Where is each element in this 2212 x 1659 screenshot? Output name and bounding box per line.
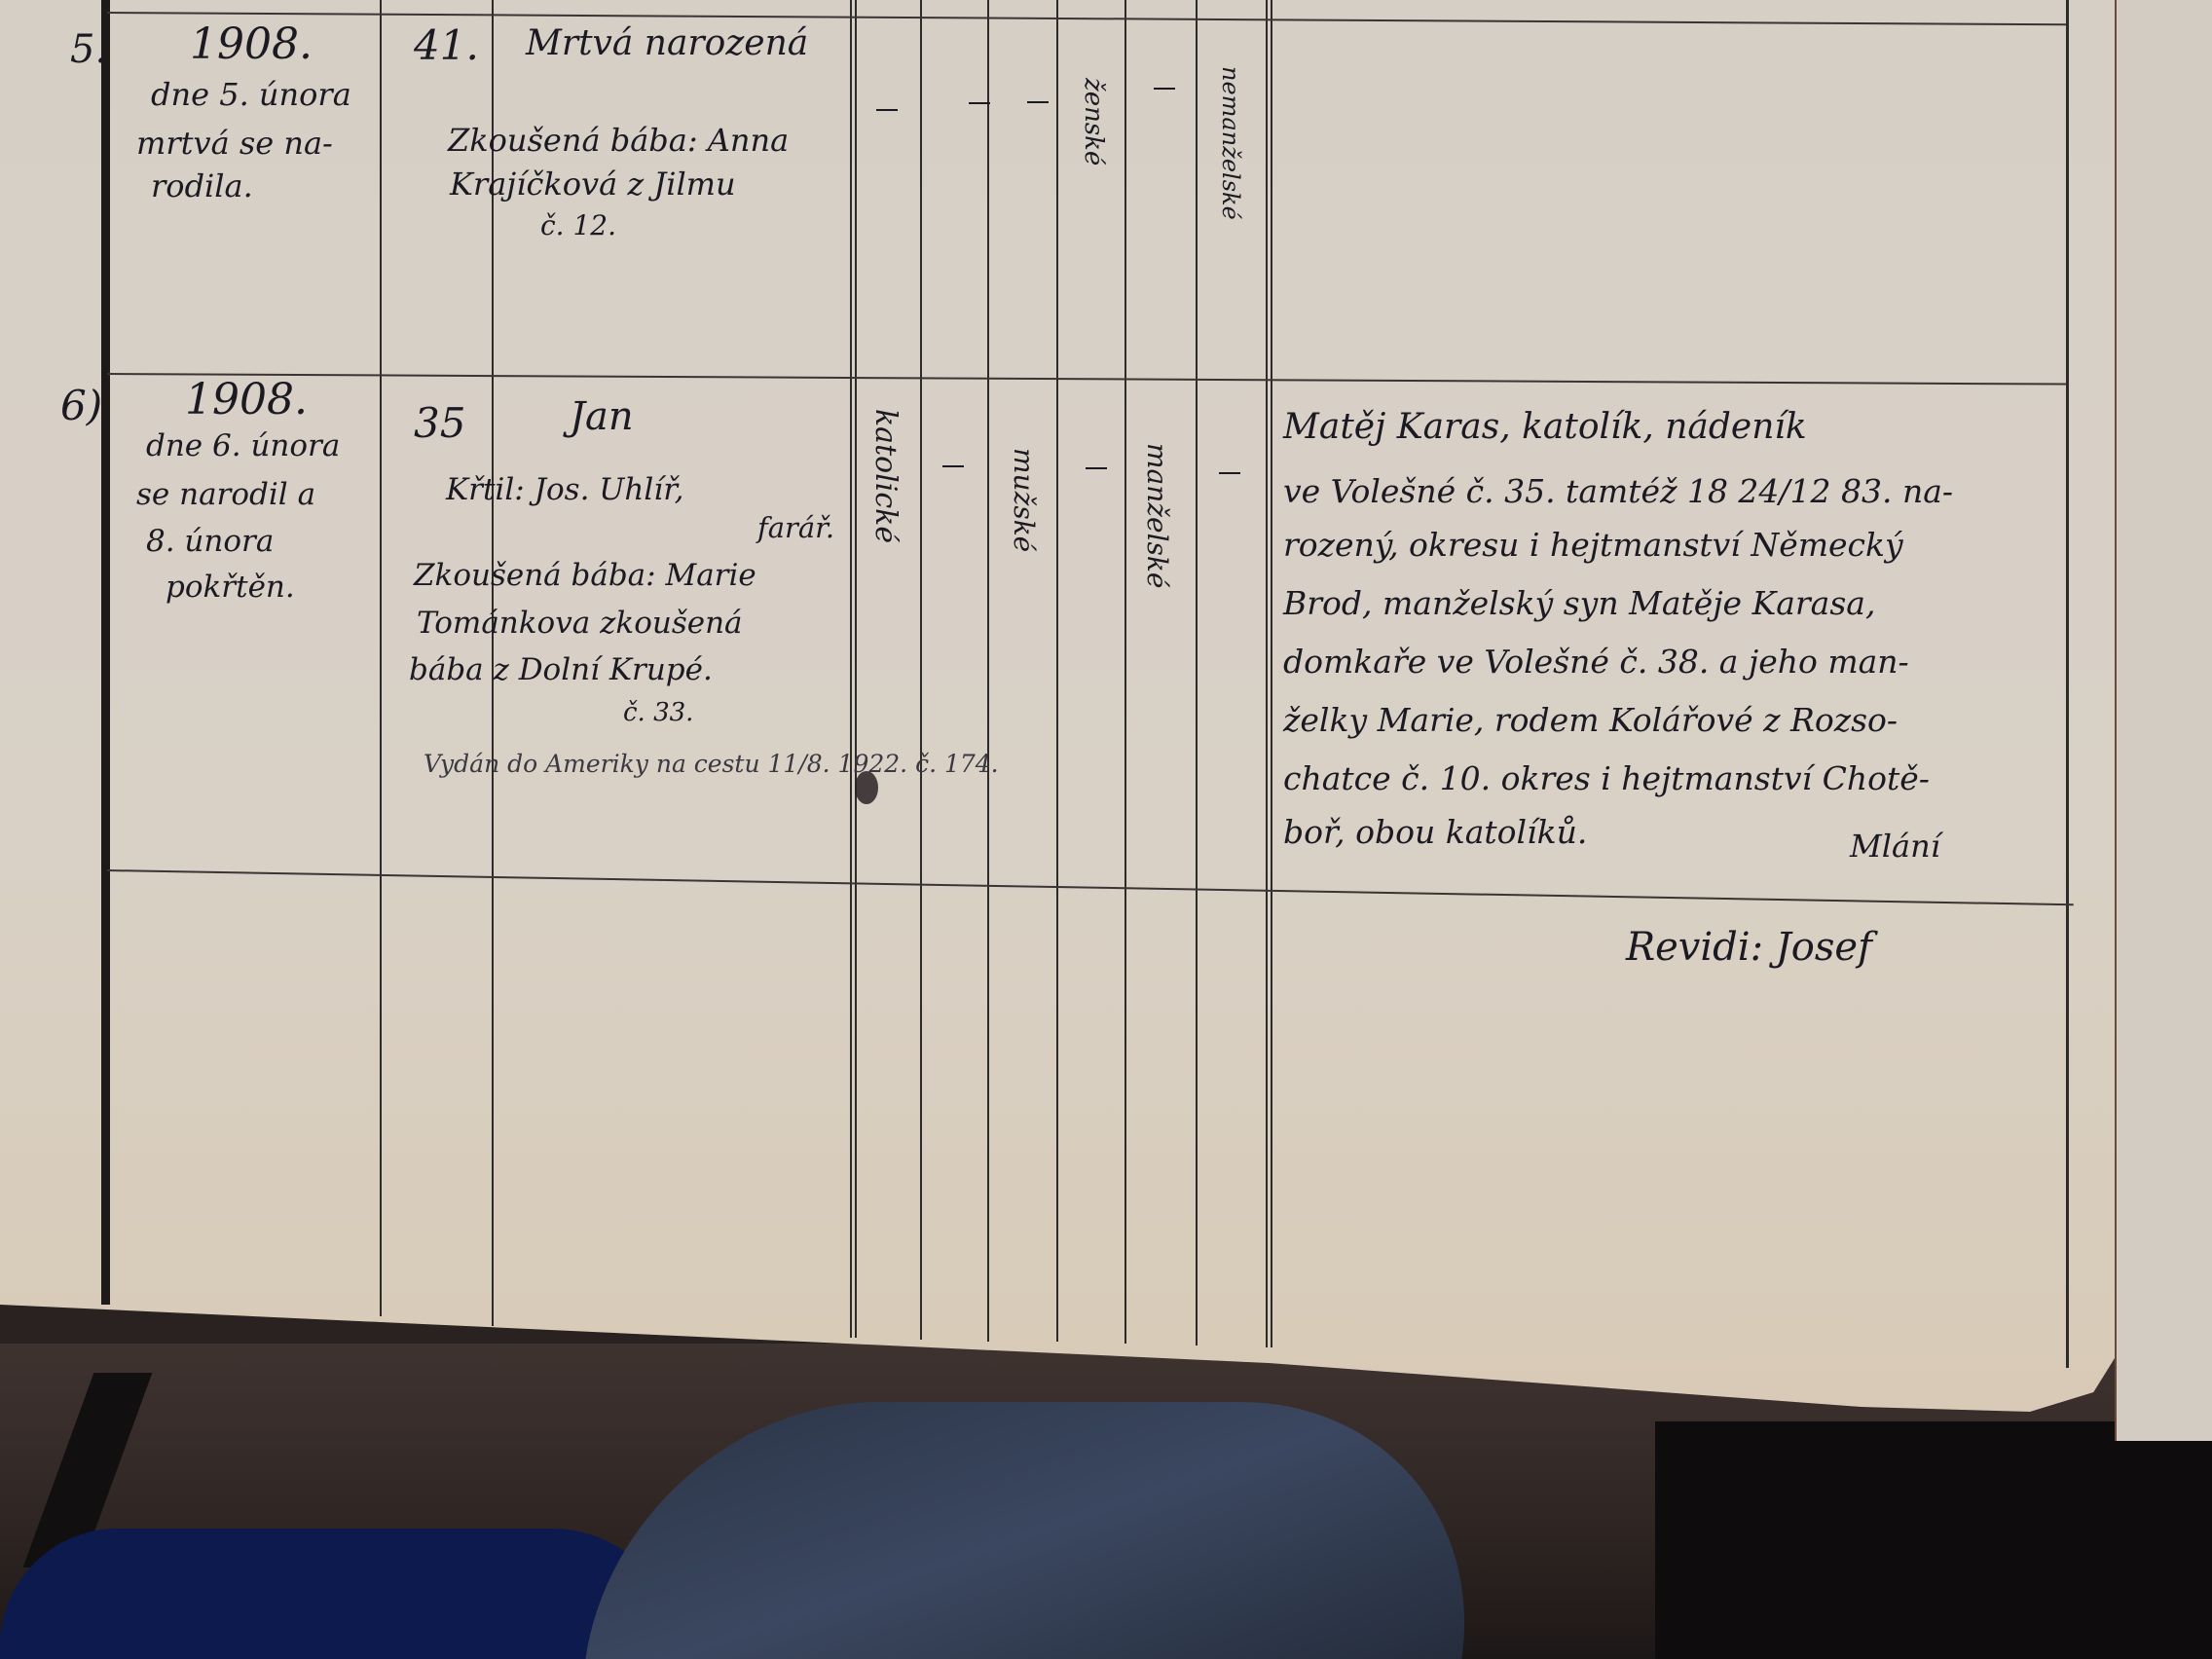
right-border-rule — [2066, 0, 2069, 1368]
birth-year: 1908. — [190, 19, 313, 69]
legitimacy-value: manželské — [1141, 443, 1173, 588]
emigration-note: Vydán do Ameriky na cestu 11/8. 1922. č.… — [424, 750, 999, 778]
father-line: ve Volešné č. 35. tamtéž 18 24/12 83. na… — [1283, 472, 1953, 510]
empty-dash — [942, 465, 964, 467]
midwife-line: č. 12. — [540, 209, 616, 241]
birth-date-line: dne 5. února — [151, 76, 351, 113]
legitimacy-value: nemanželské — [1217, 66, 1244, 220]
column-rule — [380, 0, 382, 1316]
birth-date-line: dne 6. února — [146, 428, 340, 463]
empty-dash — [969, 102, 990, 104]
row-rule-5-6 — [107, 373, 2066, 386]
midwife-line: bába z Dolní Krupé. — [409, 652, 713, 687]
birth-date-line: mrtvá se na- — [136, 125, 333, 162]
birth-year: 1908. — [185, 375, 308, 424]
row-number: 5. — [70, 27, 107, 72]
column-rule — [1056, 0, 1058, 1342]
column-rule — [850, 0, 852, 1338]
revision-signature: Revidi: Josef — [1626, 925, 1872, 970]
midwife-line: Zkoušená bába: Marie — [414, 558, 756, 593]
empty-dash — [1027, 101, 1049, 103]
row-rule-top — [107, 12, 2066, 25]
column-rule — [1196, 0, 1198, 1346]
sex-value: mužské — [1008, 448, 1040, 552]
baptized-by-line: Křtil: Jos. Uhlíř, — [446, 472, 683, 507]
birth-date-line: 8. února — [146, 524, 274, 559]
column-rule — [1271, 0, 1272, 1347]
religion-value: katolické — [868, 409, 903, 543]
father-line: rozený, okresu i hejtmanství Německý — [1283, 526, 1903, 564]
child-name: Mrtvá narozená — [526, 23, 808, 63]
adjacent-page-edge — [2115, 0, 2212, 1441]
sex-value: ženské — [1079, 78, 1108, 166]
column-rule — [920, 0, 922, 1340]
ink-blot — [855, 771, 878, 804]
empty-dash — [876, 109, 898, 111]
birth-date-line: se narodil a — [136, 477, 315, 512]
father-line: chatce č. 10. okres i hejtmanství Chotě- — [1283, 759, 1930, 797]
father-line: Brod, manželský syn Matěje Karasa, — [1283, 584, 1875, 622]
midwife-line: Zkoušená bába: Anna — [448, 122, 789, 159]
father-line: domkaře ve Volešné č. 38. a jeho man- — [1283, 643, 1909, 681]
register-page: 5. 1908. dne 5. února mrtvá se na- rodil… — [0, 0, 2115, 1412]
signature: Mlání — [1850, 828, 1940, 865]
column-rule — [855, 0, 857, 1338]
background-dark-corner — [1655, 1421, 2212, 1659]
father-line: želky Marie, rodem Kolářové z Rozso- — [1283, 701, 1898, 739]
margin-rule-thick — [101, 0, 110, 1305]
baptized-by-line: farář. — [757, 511, 834, 544]
house-number: 41. — [414, 21, 479, 69]
empty-dash — [1154, 88, 1175, 90]
birth-date-line: rodila. — [151, 167, 253, 204]
father-line: Matěj Karas, katolík, nádeník — [1283, 407, 1807, 447]
row-number: 6) — [60, 382, 102, 429]
background-blue-chair — [0, 1529, 682, 1659]
birth-date-line: pokřtěn. — [166, 570, 295, 605]
row-rule-6-end — [107, 869, 2074, 905]
column-rule — [1266, 0, 1268, 1347]
empty-dash — [1086, 467, 1107, 469]
empty-dash — [1219, 472, 1240, 474]
column-rule — [1124, 0, 1126, 1344]
father-line: boř, obou katolíků. — [1283, 813, 1587, 851]
house-number: 35 — [414, 399, 465, 447]
column-rule — [987, 0, 989, 1342]
midwife-line: Krajíčková z Jilmu — [450, 166, 736, 203]
child-name: Jan — [570, 394, 634, 439]
midwife-line: č. 33. — [623, 698, 693, 727]
midwife-line: Tománkova zkoušená — [417, 606, 743, 641]
